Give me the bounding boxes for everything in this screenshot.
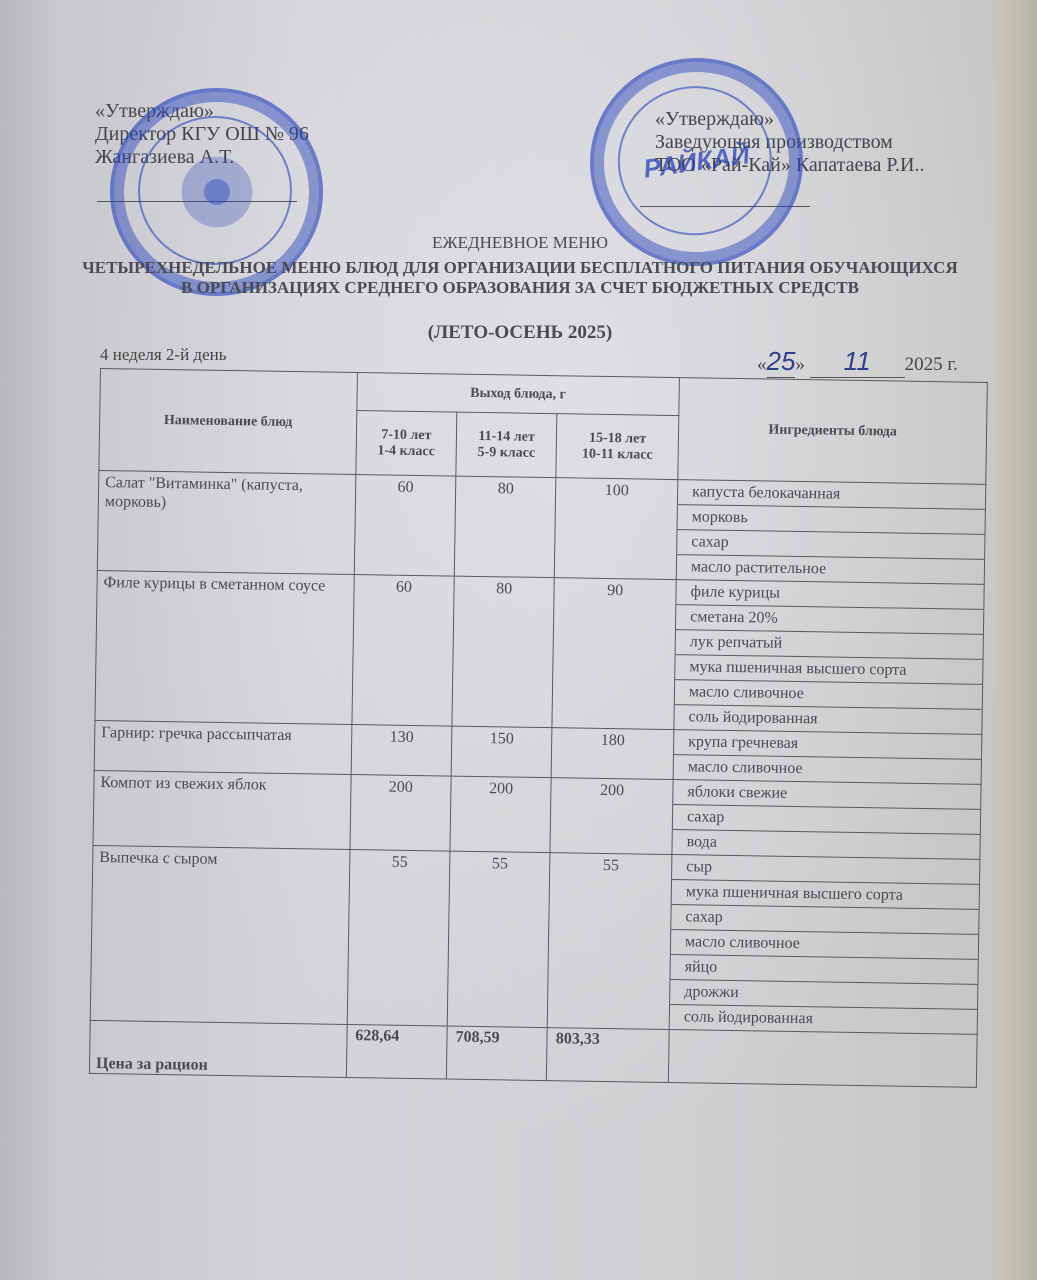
dish-amount: 55	[447, 851, 550, 1028]
ingredient-list: филе курицысметана 20%лук репчатыймука п…	[674, 580, 984, 735]
price-label: Цена за рацион	[89, 1020, 347, 1077]
header-age-group-3: 15-18 лет10-11 класс	[556, 414, 679, 480]
dish-name: Гарнир: гречка рассыпчатая	[94, 720, 352, 774]
ingredient-item: соль йодированная	[674, 705, 981, 734]
dish-amount: 130	[351, 724, 452, 776]
menu-table: Наименование блюд Выход блюда, г Ингреди…	[89, 368, 988, 1088]
table-row: Салат "Витаминка" (капуста, морковь)6080…	[97, 470, 985, 584]
table-row: Филе курицы в сметанном соусе608090филе …	[95, 570, 984, 734]
dish-amount: 150	[451, 726, 552, 778]
table-row: Выпечка с сыром555555сырмука пшеничная в…	[90, 845, 980, 1034]
header-age-group-1: 7-10 лет1-4 класс	[356, 411, 457, 477]
dish-amount: 200	[350, 774, 451, 851]
title-season: (ЛЕТО-ОСЕНЬ 2025)	[80, 322, 960, 344]
dish-amount: 90	[552, 578, 676, 730]
date-month: 11	[844, 346, 871, 376]
ingredient-item: масло растительное	[677, 555, 984, 584]
ingredient-item: масло сливочное	[674, 755, 981, 784]
document-date: «25» 112025 г.	[757, 346, 958, 378]
dish-name: Филе курицы в сметанном соусе	[95, 570, 354, 724]
price-value: 708,59	[446, 1026, 547, 1081]
dish-name: Салат "Витаминка" (капуста, морковь)	[97, 470, 355, 574]
ingredient-list: сырмука пшеничная высшего сортасахармасл…	[669, 855, 980, 1035]
dish-amount: 60	[352, 575, 455, 727]
dish-amount: 80	[452, 576, 555, 728]
dish-amount: 55	[547, 853, 671, 1030]
dish-amount: 200	[550, 778, 673, 855]
header-age-group-2: 11-14 лет5-9 класс	[456, 412, 557, 478]
ingredient-list: крупа гречневаямасло сливочное	[673, 730, 982, 785]
dish-amount: 60	[354, 475, 456, 577]
header-output: Выход блюда, г	[357, 373, 680, 416]
table-row: Компот из свежих яблок200200200яблоки св…	[93, 770, 981, 859]
date-quote-close: »	[795, 354, 805, 375]
week-day-label: 4 неделя 2-й день	[100, 345, 226, 365]
header-ingredients: Ингредиенты блюда	[678, 378, 988, 485]
date-day: 25	[767, 346, 796, 376]
title-description: ЧЕТЫРЕХНЕДЕЛЬНОЕ МЕНЮ БЛЮД ДЛЯ ОРГАНИЗАЦ…	[80, 258, 960, 298]
dish-amount: 180	[551, 728, 674, 780]
price-value: 628,64	[346, 1024, 447, 1079]
date-quote-open: «	[757, 354, 767, 375]
dish-name: Компот из свежих яблок	[93, 770, 351, 849]
date-year: 2025 г.	[905, 354, 958, 375]
paper-edge	[997, 0, 1037, 1280]
dish-amount: 200	[450, 776, 551, 853]
dish-amount: 80	[454, 476, 556, 578]
ingredient-list: яблоки свежиесахарвода	[672, 780, 981, 860]
ingredient-list: капуста белокачаннаяморковьсахармасло ра…	[676, 480, 986, 585]
header-dish-name: Наименование блюд	[99, 369, 357, 475]
price-value: 803,33	[547, 1028, 670, 1083]
dish-amount: 55	[347, 849, 450, 1026]
dish-name: Выпечка с сыром	[90, 845, 349, 1024]
title-daily-menu: ЕЖЕДНЕВНОЕ МЕНЮ	[80, 233, 960, 253]
price-empty-cell	[668, 1030, 977, 1088]
dish-amount: 100	[555, 478, 678, 580]
ingredient-item: соль йодированная	[670, 1005, 977, 1034]
